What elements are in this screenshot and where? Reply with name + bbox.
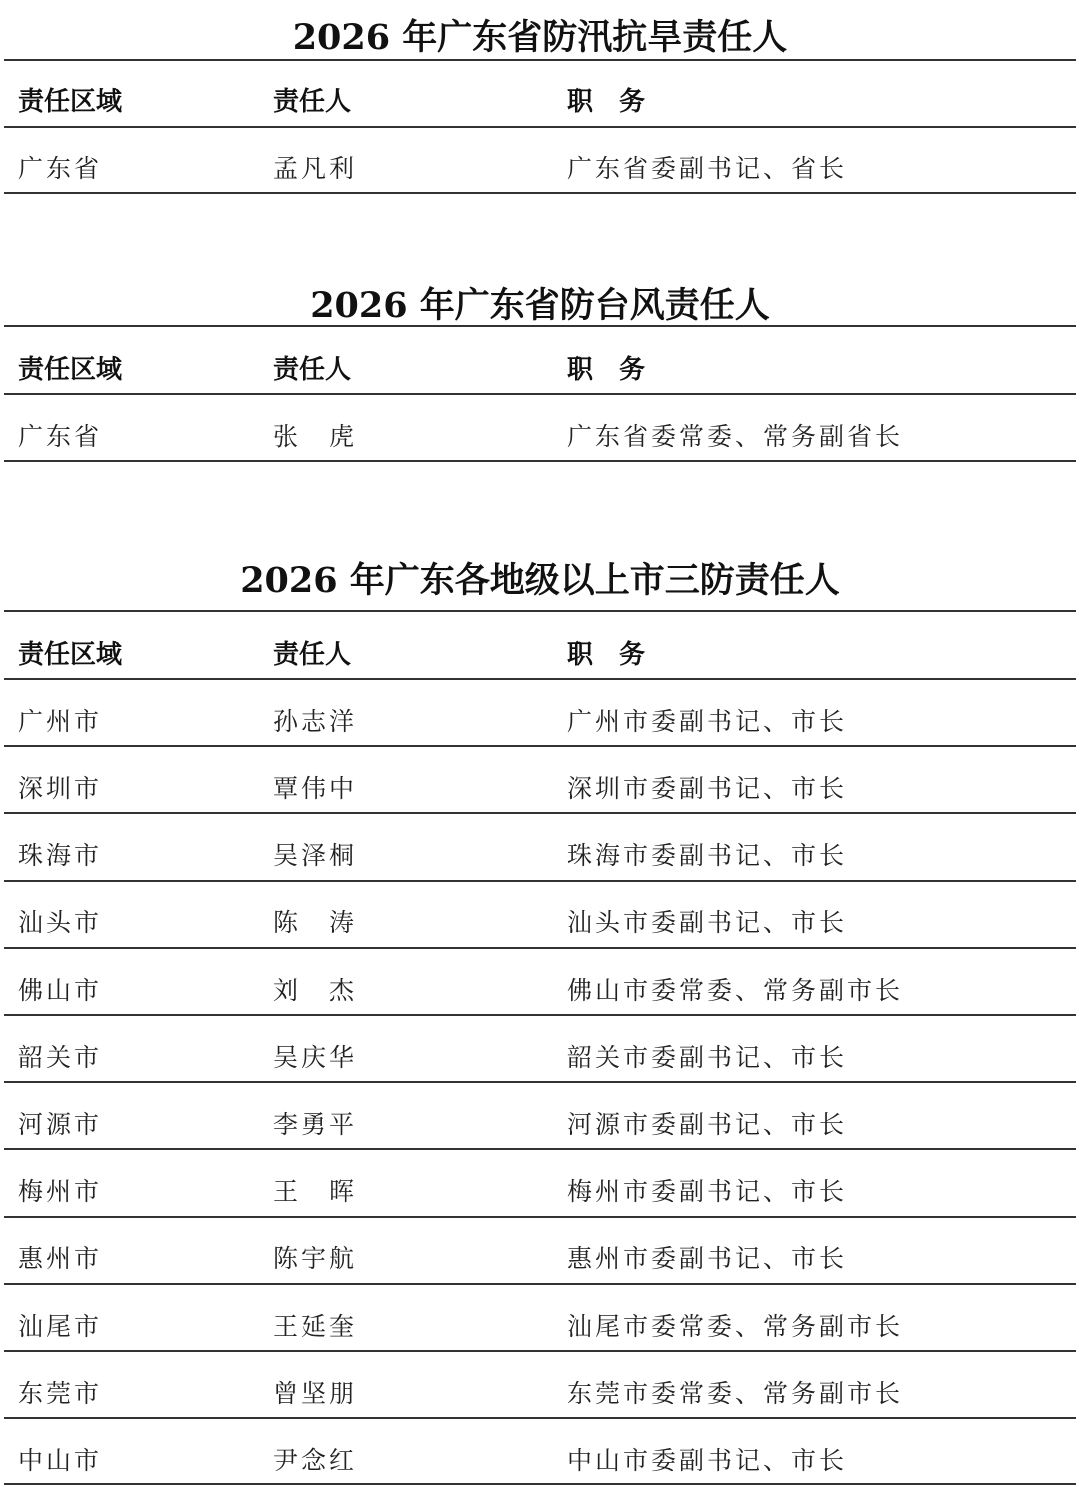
divider [4,1483,1076,1485]
divider [4,1014,1076,1016]
divider [4,880,1076,882]
divider [4,812,1076,814]
divider [4,1283,1076,1285]
divider [4,460,1076,462]
divider [4,59,1076,61]
divider [4,325,1076,327]
section-title: 2026 年广东省防台风责任人 [0,278,1080,328]
divider [4,1148,1076,1150]
divider [4,192,1076,194]
divider [4,1350,1076,1352]
divider [4,610,1076,612]
divider [4,1417,1076,1419]
cell-region: 中山市 [18,1428,102,1487]
section-title: 2026 年广东省防汛抗旱责任人 [0,10,1080,60]
divider [4,393,1076,395]
divider [4,1216,1076,1218]
divider [4,678,1076,680]
section-title: 2026 年广东各地级以上市三防责任人 [0,553,1080,603]
divider [4,1081,1076,1083]
divider [4,947,1076,949]
table-row: 中山市 尹念红 中山市委副书记、市长 [0,1428,1080,1487]
divider [4,745,1076,747]
cell-person: 尹念红 [273,1428,357,1487]
cell-position: 中山市委副书记、市长 [567,1428,847,1487]
divider [4,126,1076,128]
